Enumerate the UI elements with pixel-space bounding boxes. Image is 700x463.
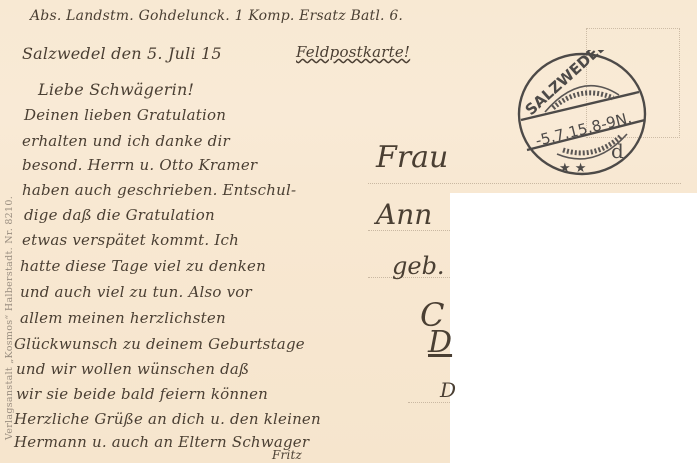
body-line: Herzliche Grüße an dich u. den kleinen xyxy=(14,410,321,428)
address-street: D xyxy=(440,378,456,402)
body-line: etwas verspätet kommt. Ich xyxy=(22,231,239,249)
address-recipient-title: Frau xyxy=(376,140,448,175)
card-type-label: Feldpostkarte! xyxy=(296,43,410,61)
body-line: Deinen lieben Gratulation xyxy=(24,106,226,124)
body-line: und auch viel zu tun. Also vor xyxy=(20,283,252,301)
address-city: D xyxy=(428,325,452,360)
address-born: geb. xyxy=(392,252,445,280)
body-line: hatte diese Tage viel zu denken xyxy=(20,257,266,275)
blank-area xyxy=(450,193,700,463)
body-line: erhalten und ich danke dir xyxy=(22,132,230,150)
body-line: Glückwunsch zu deinem Geburtstage xyxy=(14,335,305,353)
body-line: besond. Herrn u. Otto Kramer xyxy=(22,156,257,174)
sender-line: Abs. Landstm. Gohdelunck. 1 Komp. Ersatz… xyxy=(30,8,403,24)
postmark: SALZWEDEL -5.7.15.8-9N. d ★ ★ xyxy=(515,50,649,178)
body-line: und wir wollen wünschen daß xyxy=(16,360,249,378)
signature: Fritz xyxy=(272,448,302,462)
greeting: Liebe Schwägerin! xyxy=(38,80,194,99)
body-line: haben auch geschrieben. Entschul- xyxy=(22,181,296,199)
body-line: Hermann u. auch an Eltern Schwager xyxy=(14,433,309,451)
body-line: dige daß die Gratulation xyxy=(24,206,215,224)
address-line-1 xyxy=(368,183,681,184)
postcard: Abs. Landstm. Gohdelunck. 1 Komp. Ersatz… xyxy=(0,0,700,463)
postmark-icon: SALZWEDEL -5.7.15.8-9N. d ★ ★ xyxy=(515,50,649,178)
postmark-letter: d xyxy=(611,139,624,163)
body-line: wir sie beide bald feiern können xyxy=(16,385,268,403)
body-line: allem meinen herzlichsten xyxy=(20,309,226,327)
address-name: Ann xyxy=(376,198,432,231)
postmark-stars: ★ ★ xyxy=(559,161,586,176)
place-date: Salzwedel den 5. Juli 15 xyxy=(22,44,222,63)
address-line-4 xyxy=(408,402,450,403)
publisher-imprint: Verlagsanstalt „Kosmos“ Halberstadt. Nr.… xyxy=(4,196,15,440)
